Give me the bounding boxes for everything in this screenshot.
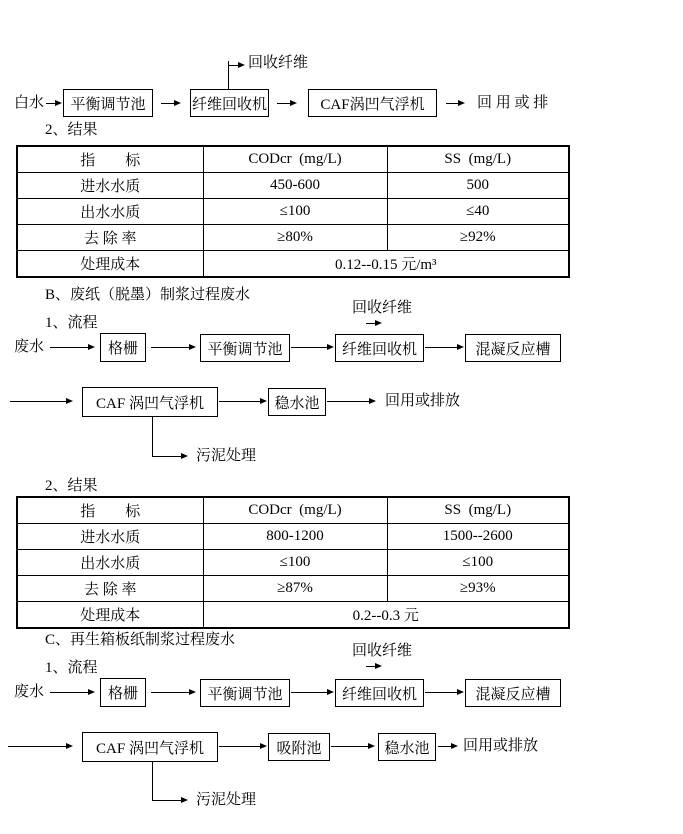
result-heading-a: 2、结果 [45,120,98,140]
result-heading-b: 2、结果 [45,476,98,496]
arrow-right-icon [219,746,260,747]
flow-heading-c: 1、流程 [45,658,98,678]
arrow-right-icon [219,401,260,402]
recycled-fiber-label-b: 回收纤维 [352,298,412,318]
arrow-right-icon [277,103,290,104]
source-label-c: 废水 [14,682,44,702]
table-cell: ≥92% [387,225,569,251]
table-header-ss: SS (mg/L) [387,497,569,524]
node-bar-screen-c: 格栅 [100,678,146,707]
table-cell: 500 [387,173,569,199]
arrow-right-icon [46,103,55,104]
table-header-indicator: 指 标 [17,497,203,524]
recycled-fiber-label-a: 回收纤维 [248,53,308,73]
output-label-a: 回 用 或 排 [477,93,548,113]
indicator-table-b: 指 标 CODcr (mg/L) SS (mg/L) 进水水质 800-1200… [16,496,570,629]
source-label-b: 废水 [14,337,44,357]
node-caf-flotation-a: CAF涡凹气浮机 [308,89,437,117]
arrow-right-icon [152,800,181,801]
node-bar-screen-b: 格栅 [100,333,146,362]
flow-heading-b: 1、流程 [45,313,98,333]
node-fiber-recovery-c: 纤维回收机 [335,679,424,707]
table-cell: 1500--2600 [387,524,569,550]
sludge-label-b: 污泥处理 [196,446,256,466]
table-header-codcr: CODcr (mg/L) [203,497,387,524]
node-caf-flotation-c: CAF 涡凹气浮机 [82,732,218,762]
arrow-right-icon [366,666,375,667]
table-cell: 800-1200 [203,524,387,550]
arrow-right-icon [438,746,451,747]
table-cell: 进水水质 [17,173,203,199]
table-cell: 出水水质 [17,199,203,225]
table-header-codcr: CODcr (mg/L) [203,146,387,173]
node-stabilization-tank-c: 稳水池 [378,733,436,761]
connector-line [152,417,153,456]
arrow-right-icon [291,692,327,693]
table-cell: ≥93% [387,576,569,602]
arrow-right-icon [425,692,457,693]
table-cell: 处理成本 [17,251,203,278]
arrow-right-icon [8,746,66,747]
table-cell: ≤100 [203,199,387,225]
table-cell: ≤100 [387,550,569,576]
arrow-right-icon [425,347,457,348]
arrow-right-icon [446,103,458,104]
document-page: 回收纤维 白水 平衡调节池 纤维回收机 CAF涡凹气浮机 回 用 或 排 2、结… [0,0,683,834]
arrow-right-icon [161,103,174,104]
output-label-b: 回用或排放 [385,391,460,411]
node-stabilization-tank-b: 稳水池 [268,388,326,416]
table-cell-cost: 0.2--0.3 元 [203,602,569,629]
node-adsorption-tank-c: 吸附池 [268,733,330,761]
node-balance-tank-a: 平衡调节池 [63,89,153,117]
arrow-right-icon [291,347,327,348]
node-balance-tank-b: 平衡调节池 [200,334,290,362]
output-label-c: 回用或排放 [463,736,538,756]
table-cell: ≥87% [203,576,387,602]
node-fiber-recovery-b: 纤维回收机 [335,334,424,362]
section-c-title: C、再生箱板纸制浆过程废水 [45,630,235,650]
connector-line [152,762,153,800]
node-fiber-recovery-a: 纤维回收机 [190,89,269,117]
table-cell: 出水水质 [17,550,203,576]
table-cell: 450-600 [203,173,387,199]
source-label-a: 白水 [14,93,44,113]
table-cell-cost: 0.12--0.15 元/m³ [203,251,569,278]
node-caf-flotation-b: CAF 涡凹气浮机 [82,387,218,417]
table-header-ss: SS (mg/L) [387,146,569,173]
arrow-right-icon [10,401,66,402]
table-cell: ≥80% [203,225,387,251]
table-cell: 进水水质 [17,524,203,550]
sludge-label-c: 污泥处理 [196,790,256,810]
table-cell: ≤40 [387,199,569,225]
recycled-fiber-label-c: 回收纤维 [352,641,412,661]
table-cell: 去 除 率 [17,225,203,251]
table-cell: 处理成本 [17,602,203,629]
arrow-right-icon [327,401,369,402]
arrow-right-icon [228,65,238,66]
arrow-right-icon [152,456,181,457]
arrow-right-icon [151,692,189,693]
node-balance-tank-c: 平衡调节池 [200,679,290,707]
arrow-right-icon [50,692,88,693]
table-cell: ≤100 [203,550,387,576]
table-cell: 去 除 率 [17,576,203,602]
arrow-right-icon [366,323,375,324]
section-b-title: B、废纸（脱墨）制浆过程废水 [45,285,250,305]
arrow-right-icon [151,347,189,348]
indicator-table-a: 指 标 CODcr (mg/L) SS (mg/L) 进水水质 450-600 … [16,145,570,278]
node-coagulation-tank-c: 混凝反应槽 [465,679,561,707]
arrow-right-icon [331,746,368,747]
node-coagulation-tank-b: 混凝反应槽 [465,334,561,362]
arrow-right-icon [50,347,88,348]
table-header-indicator: 指 标 [17,146,203,173]
